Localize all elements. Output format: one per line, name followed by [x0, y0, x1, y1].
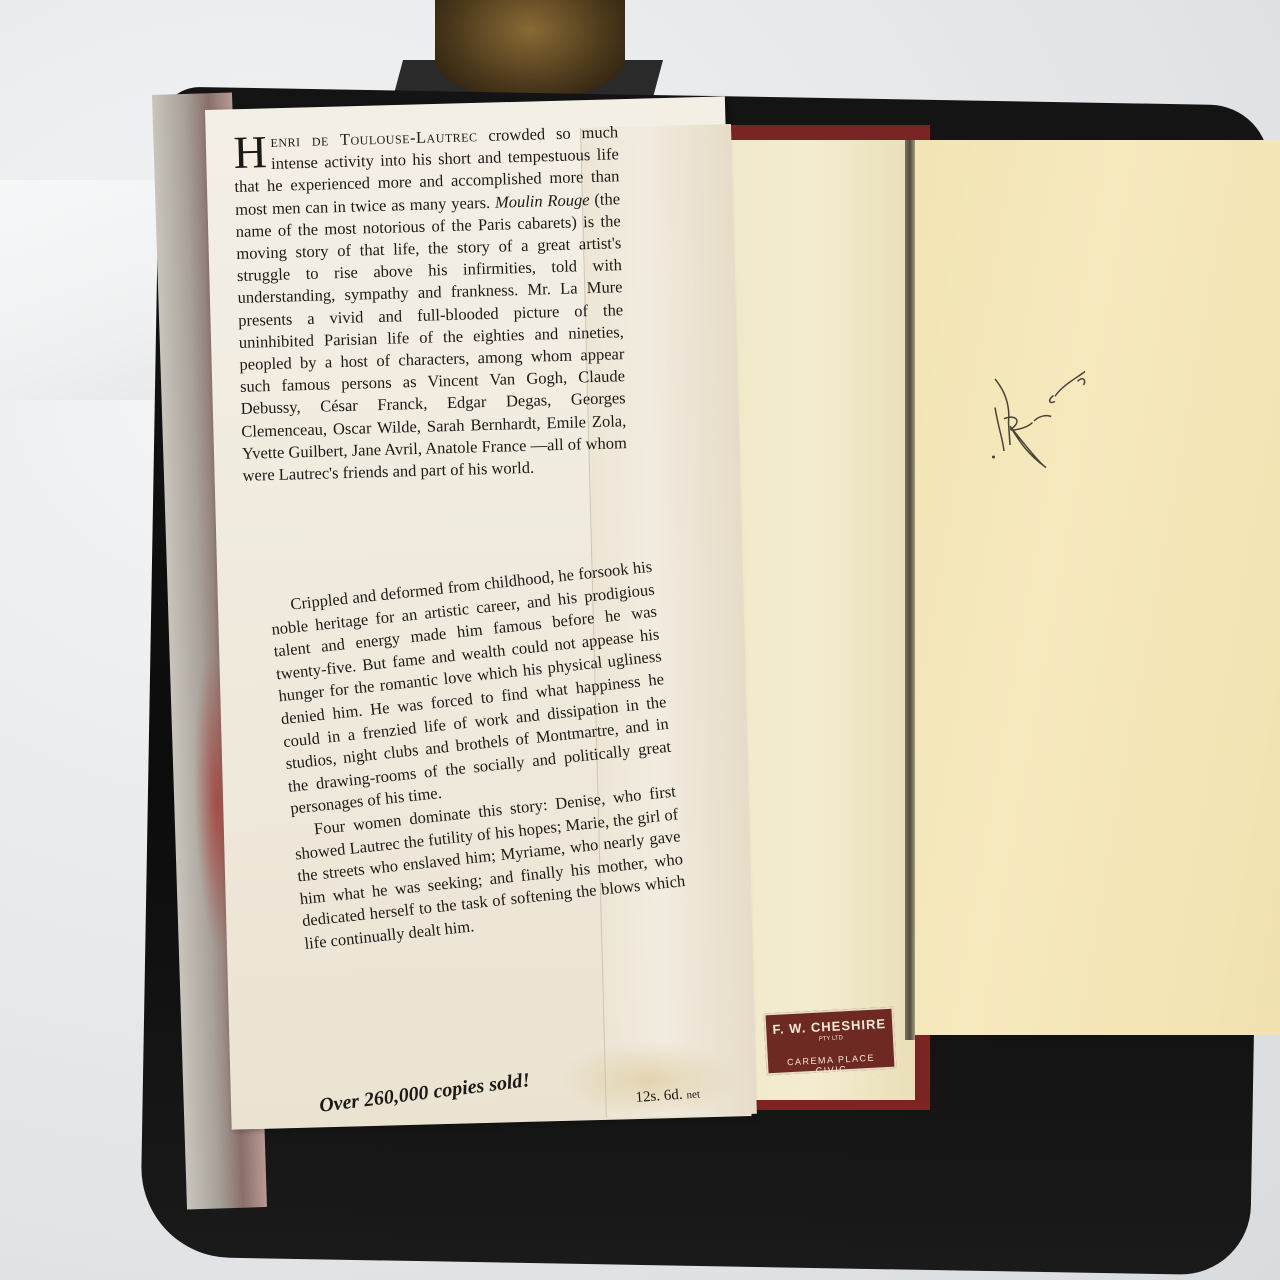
flap-blurb-lower: Crippled and deformed from childhood, he… — [268, 556, 689, 956]
brass-lamp-base — [435, 0, 625, 100]
water-stain — [560, 1040, 740, 1120]
blurb-paragraph-1: Henri de Toulouse-Lautrec crowded so muc… — [233, 121, 628, 487]
bookseller-label: F. W. CHESHIREPTY LTD CAREMA PLACE CIVIC… — [763, 1007, 896, 1076]
paragraph-1-tail: (the name of the most notorious of the P… — [236, 189, 628, 485]
book-title: Moulin Rouge — [495, 190, 590, 212]
gutter-crease — [905, 140, 915, 1040]
price-suffix: net — [686, 1088, 700, 1101]
bookseller-suffix: PTY LTD — [819, 1036, 843, 1043]
flap-blurb-upper: Henri de Toulouse-Lautrec crowded so muc… — [233, 121, 628, 487]
price-value: 12s. 6d. — [635, 1087, 683, 1106]
bookseller-name: F. W. CHESHIRE — [772, 1016, 886, 1037]
lead-smallcaps: enri de Toulouse-Lautrec — [270, 126, 478, 151]
drop-cap: H — [233, 133, 267, 172]
flyleaf-page — [912, 140, 1280, 1035]
blurb-paragraph-2: Crippled and deformed from childhood, he… — [268, 556, 675, 821]
signature-icon — [965, 355, 1115, 490]
